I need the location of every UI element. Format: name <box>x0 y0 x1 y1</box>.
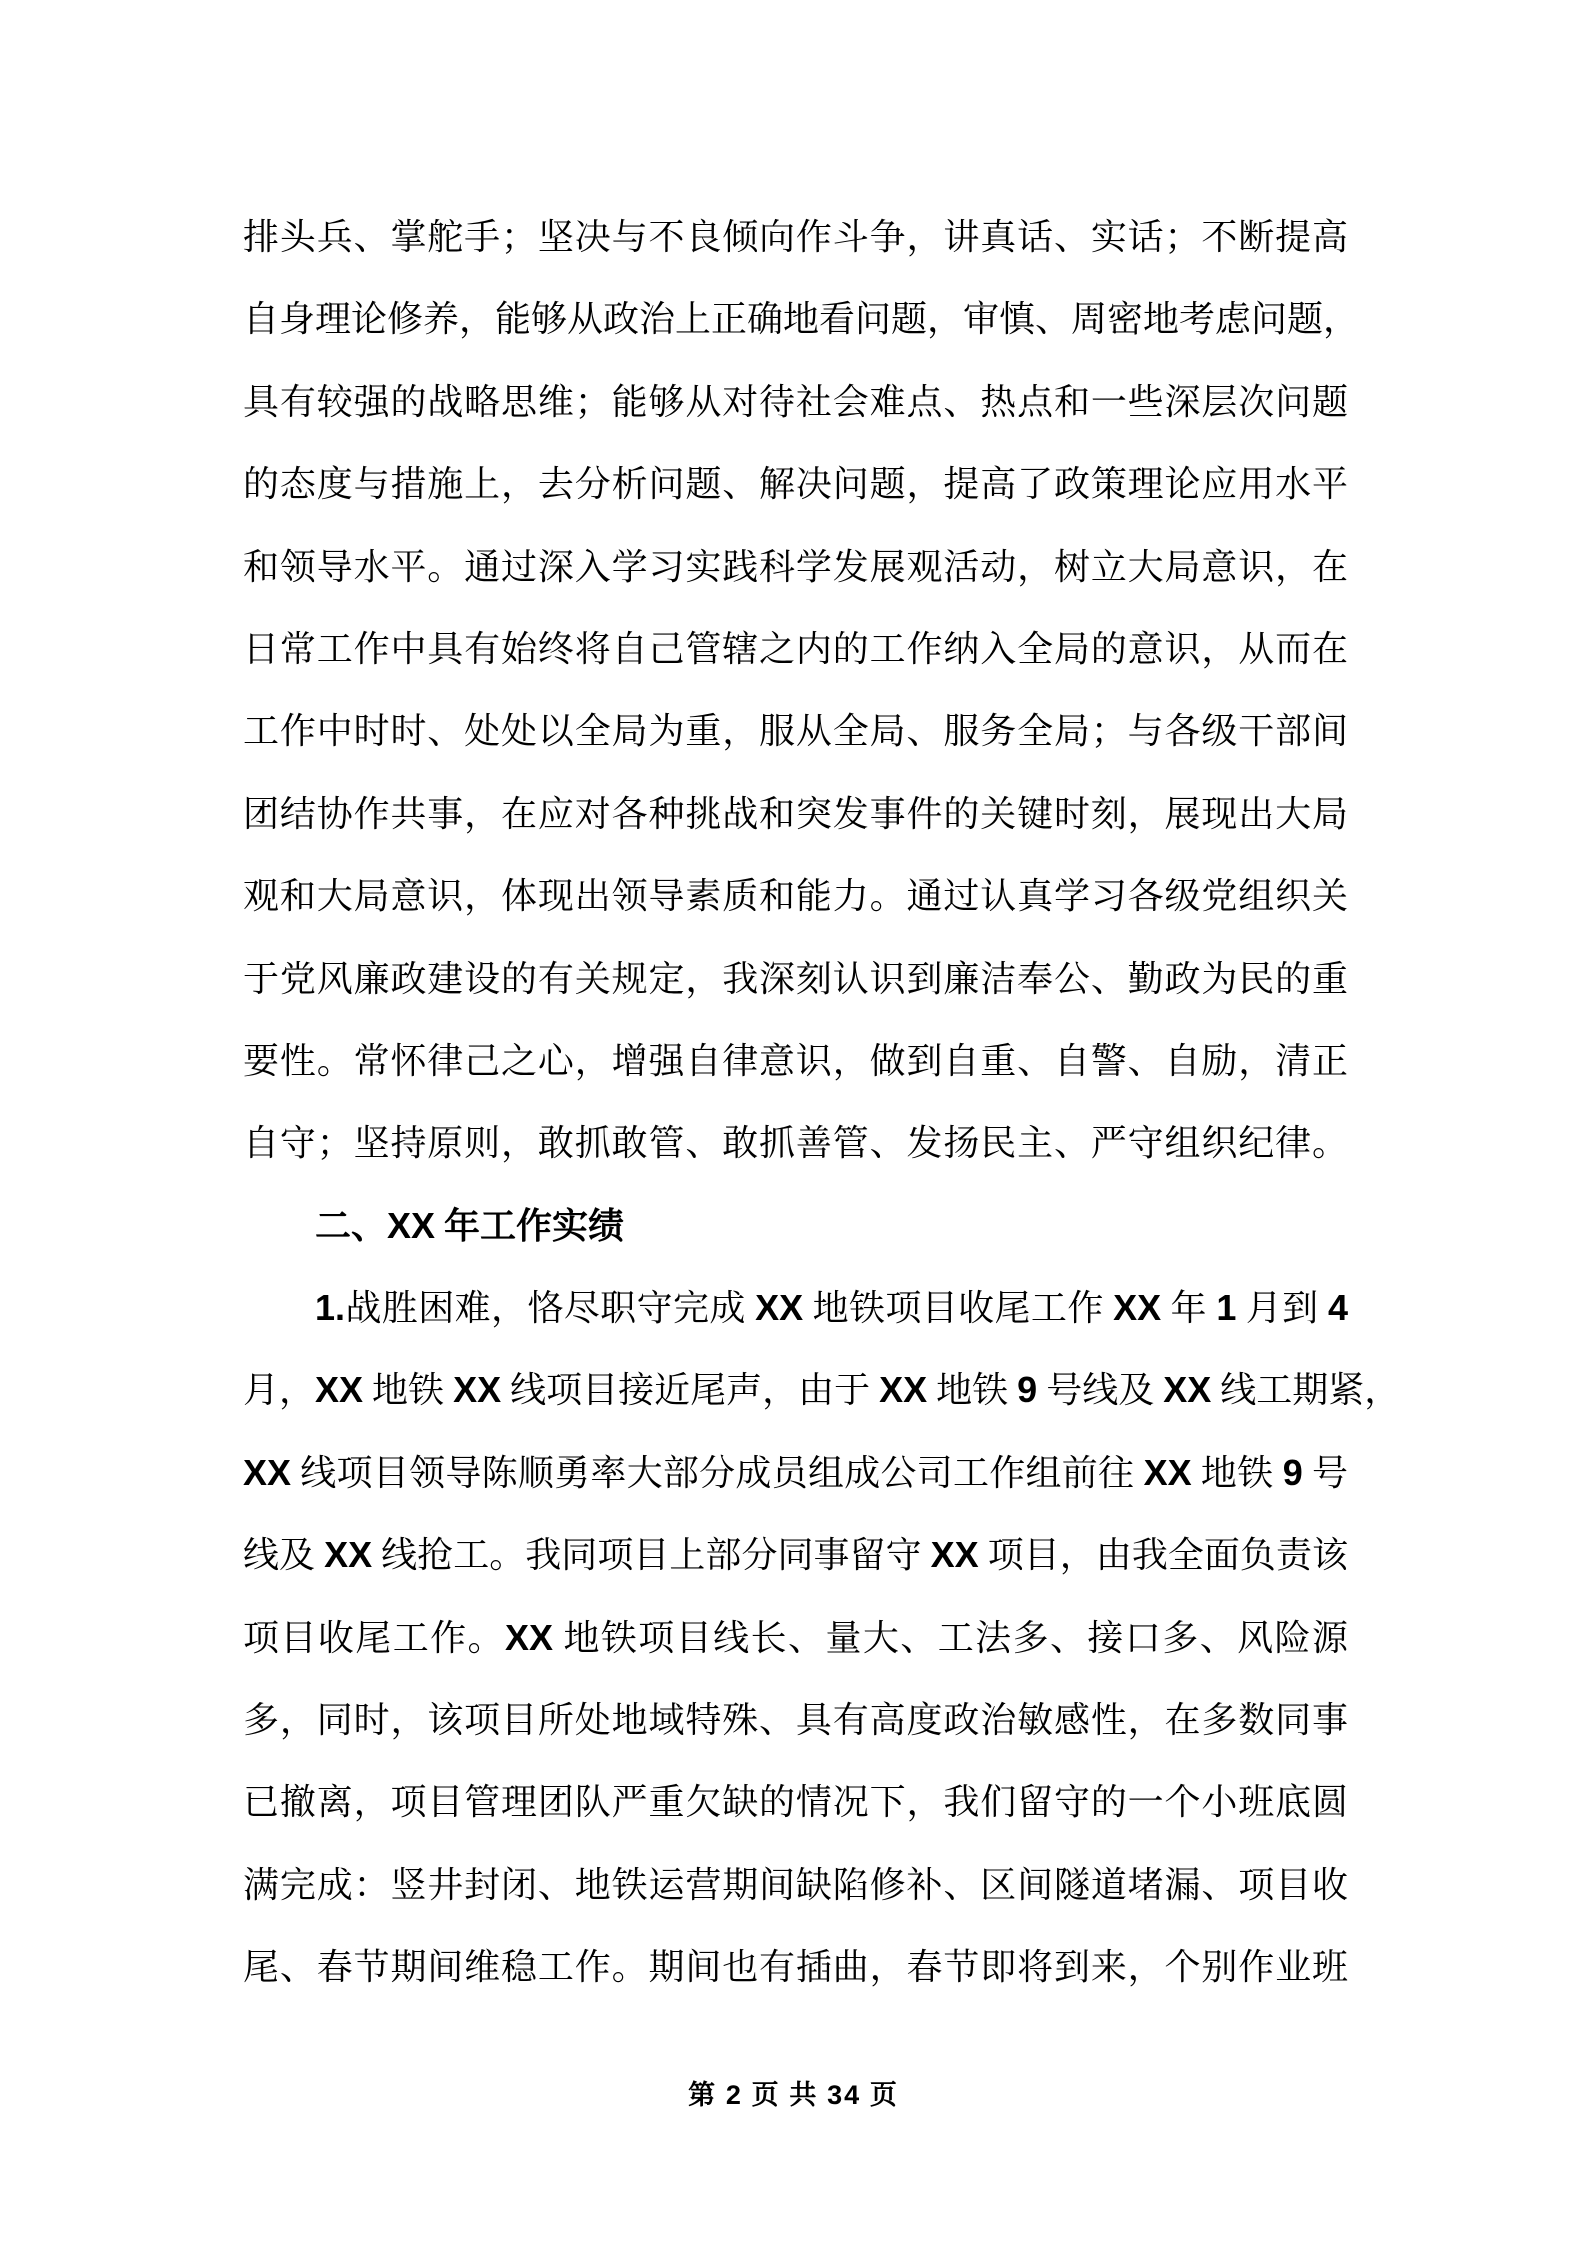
latin-run: XX <box>387 1205 435 1246</box>
document-page: 排头兵、掌舵手；坚决与不良倾向作斗争，讲真话、实话；不断提高自身理论修养，能够从… <box>0 0 1587 2245</box>
page-number-footer: 第 2 页 共 34 页 <box>0 2075 1587 2115</box>
text-line: 团结协作共事，在应对各种挑战和突发事件的关键时刻，展现出大局 <box>243 773 1348 855</box>
text-line: 月，XX 地铁 XX 线项目接近尾声，由于 XX 地铁 9 号线及 XX 线工期… <box>243 1349 1348 1431</box>
latin-run: XX <box>324 1534 372 1575</box>
latin-run: 1 <box>1216 1287 1236 1328</box>
latin-run: XX <box>879 1369 927 1410</box>
latin-run: XX <box>453 1369 501 1410</box>
text-line: 1.战胜困难，恪尽职守完成 XX 地铁项目收尾工作 XX 年 1 月到 4 <box>243 1267 1348 1349</box>
text-line: 满完成：竖井封闭、地铁运营期间缺陷修补、区间隧道堵漏、项目收 <box>243 1844 1348 1926</box>
text-line: 已撤离，项目管理团队严重欠缺的情况下，我们留守的一个小班底圆 <box>243 1761 1348 1843</box>
latin-run: XX <box>755 1287 803 1328</box>
text-line: 的态度与措施上，去分析问题、解决问题，提高了政策理论应用水平 <box>243 443 1348 525</box>
latin-run: XX <box>1144 1452 1192 1493</box>
text-line: 自守；坚持原则，敢抓敢管、敢抓善管、发扬民主、严守组织纪律。 <box>243 1102 1348 1184</box>
text-line: 和领导水平。通过深入学习实践科学发展观活动，树立大局意识，在 <box>243 526 1348 608</box>
latin-run: 9 <box>1017 1369 1037 1410</box>
text-line: 线及 XX 线抢工。我同项目上部分同事留守 XX 项目，由我全面负责该 <box>243 1514 1348 1596</box>
latin-run: XX <box>1113 1287 1161 1328</box>
text-line: 于党风廉政建设的有关规定，我深刻认识到廉洁奉公、勤政为民的重 <box>243 938 1348 1020</box>
text-line: 要性。常怀律己之心，增强自律意识，做到自重、自警、自励，清正 <box>243 1020 1348 1102</box>
text-line: XX 线项目领导陈顺勇率大部分成员组成公司工作组前往 XX 地铁 9 号 <box>243 1432 1348 1514</box>
document-body: 排头兵、掌舵手；坚决与不良倾向作斗争，讲真话、实话；不断提高自身理论修养，能够从… <box>243 196 1348 2009</box>
latin-run: 34 <box>827 2080 861 2110</box>
text-line: 日常工作中具有始终将自己管辖之内的工作纳入全局的意识，从而在 <box>243 608 1348 690</box>
latin-run: XX <box>931 1534 979 1575</box>
latin-run: 2 <box>726 2080 743 2110</box>
latin-run: 1. <box>315 1287 345 1328</box>
latin-run: 4 <box>1328 1287 1348 1328</box>
text-line: 排头兵、掌舵手；坚决与不良倾向作斗争，讲真话、实话；不断提高 <box>243 196 1348 278</box>
section-heading: 二、XX 年工作实绩 <box>243 1185 1348 1267</box>
latin-run: XX <box>243 1452 291 1493</box>
text-line: 尾、春节期间维稳工作。期间也有插曲，春节即将到来，个别作业班 <box>243 1926 1348 2008</box>
text-line: 项目收尾工作。XX 地铁项目线长、量大、工法多、接口多、风险源 <box>243 1597 1348 1679</box>
text-line: 观和大局意识，体现出领导素质和能力。通过认真学习各级党组织关 <box>243 855 1348 937</box>
text-line: 自身理论修养，能够从政治上正确地看问题，审慎、周密地考虑问题， <box>243 278 1348 360</box>
latin-run: XX <box>505 1617 553 1658</box>
text-line: 具有较强的战略思维；能够从对待社会难点、热点和一些深层次问题 <box>243 361 1348 443</box>
latin-run: XX <box>315 1369 363 1410</box>
text-line: 多，同时，该项目所处地域特殊、具有高度政治敏感性，在多数同事 <box>243 1679 1348 1761</box>
latin-run: XX <box>1163 1369 1211 1410</box>
latin-run: 9 <box>1283 1452 1303 1493</box>
text-line: 工作中时时、处处以全局为重，服从全局、服务全局；与各级干部间 <box>243 690 1348 772</box>
